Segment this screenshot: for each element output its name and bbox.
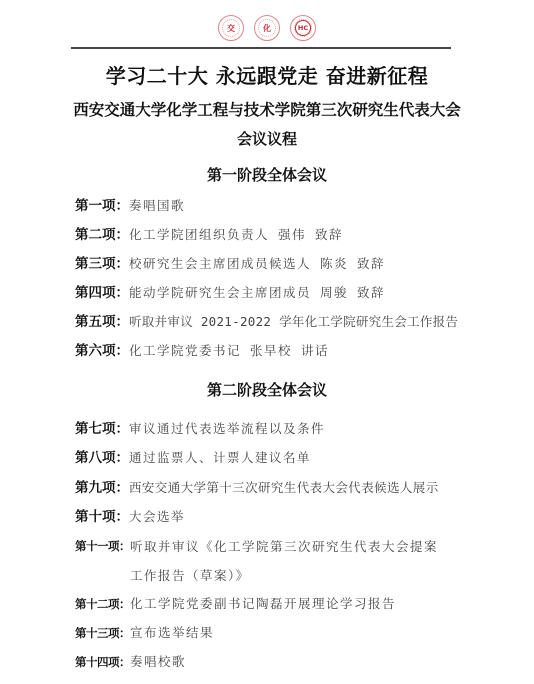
item-label: 第十一项： — [75, 537, 130, 590]
item-label: 第八项： — [75, 449, 129, 467]
item-text: 能动学院研究生会主席团成员 周骏 致辞 — [129, 284, 385, 302]
header-divider — [71, 47, 451, 49]
agenda-item-10: 第十项： 大会选举 — [75, 508, 185, 526]
agenda-item-13: 第十三项： 宣布选举结果 — [75, 624, 214, 642]
agenda-title: 会议议程 — [0, 128, 534, 149]
agenda-item-12: 第十二项： 化工学院党委副书记陶磊开展理论学习报告 — [75, 595, 396, 613]
item-label: 第六项： — [75, 342, 129, 360]
item-label: 第二项： — [75, 226, 129, 244]
hc-emblem-glyph: HC — [295, 20, 311, 36]
slogan-heading: 学习二十大 永远跟党走 奋进新征程 — [0, 60, 534, 89]
item-label: 第三项： — [75, 255, 129, 273]
item-text: 听取并审议 2021-2022 学年化工学院研究生会工作报告 — [129, 313, 458, 331]
agenda-item-2: 第二项： 化工学院团组织负责人 强伟 致辞 — [75, 226, 343, 244]
item-text: 奏唱国歌 — [129, 197, 185, 215]
item-text: 通过监票人、计票人建议名单 — [129, 449, 311, 467]
agenda-item-7: 第七项： 审议通过代表选举流程以及条件 — [75, 420, 325, 438]
xjtu-emblem-glyph: 交 — [227, 23, 235, 34]
hc-emblem-icon: HC — [290, 15, 316, 41]
item-text: 奏唱校歌 — [130, 653, 186, 671]
agenda-item-6: 第六项： 化工学院党委书记 张早校 讲话 — [75, 342, 329, 360]
item-text: 宣布选举结果 — [130, 624, 214, 642]
agenda-item-3: 第三项： 校研究生会主席团成员候选人 陈炎 致辞 — [75, 255, 385, 273]
session-1-title: 第一阶段全体会议 — [0, 164, 534, 185]
item-text: 西安交通大学第十三次研究生代表大会代表候选人展示 — [129, 479, 439, 497]
agenda-item-5: 第五项： 听取并审议 2021-2022 学年化工学院研究生会工作报告 — [75, 313, 458, 331]
item-label: 第九项： — [75, 479, 129, 497]
item-label: 第一项： — [75, 197, 129, 215]
item-label: 第五项： — [75, 313, 129, 331]
item-label: 第十二项： — [75, 595, 130, 613]
item-label: 第十三项： — [75, 624, 130, 642]
item-text: 化工学院党委书记 张早校 讲话 — [129, 342, 329, 360]
agenda-item-1: 第一项： 奏唱国歌 — [75, 197, 185, 215]
session-2-title: 第二阶段全体会议 — [0, 379, 534, 400]
item-text: 审议通过代表选举流程以及条件 — [129, 420, 325, 438]
agenda-item-8: 第八项： 通过监票人、计票人建议名单 — [75, 449, 311, 467]
agenda-item-9: 第九项： 西安交通大学第十三次研究生代表大会代表候选人展示 — [75, 479, 439, 497]
college-emblem-icon: 化 — [254, 15, 280, 41]
item-label: 第十项： — [75, 508, 129, 526]
item-text: 化工学院团组织负责人 强伟 致辞 — [129, 226, 343, 244]
item-label: 第十四项： — [75, 653, 130, 671]
item-text: 大会选举 — [129, 508, 185, 526]
header-emblems: 交 化 HC — [0, 15, 534, 45]
xjtu-emblem-icon: 交 — [218, 15, 244, 41]
agenda-item-11: 第十一项： 听取并审议《化工学院第三次研究生代表大会提案工作报告（草案）》 — [75, 537, 450, 590]
agenda-item-4: 第四项： 能动学院研究生会主席团成员 周骏 致辞 — [75, 284, 385, 302]
item-text: 校研究生会主席团成员候选人 陈炎 致辞 — [129, 255, 385, 273]
item-label: 第四项： — [75, 284, 129, 302]
item-label: 第七项： — [75, 420, 129, 438]
agenda-item-14: 第十四项： 奏唱校歌 — [75, 653, 186, 671]
item-text: 听取并审议《化工学院第三次研究生代表大会提案工作报告（草案）》 — [130, 532, 450, 590]
college-emblem-glyph: 化 — [263, 23, 271, 34]
item-text: 化工学院党委副书记陶磊开展理论学习报告 — [130, 595, 396, 613]
document-subtitle: 西安交通大学化学工程与技术学院第三次研究生代表大会 — [0, 98, 534, 120]
